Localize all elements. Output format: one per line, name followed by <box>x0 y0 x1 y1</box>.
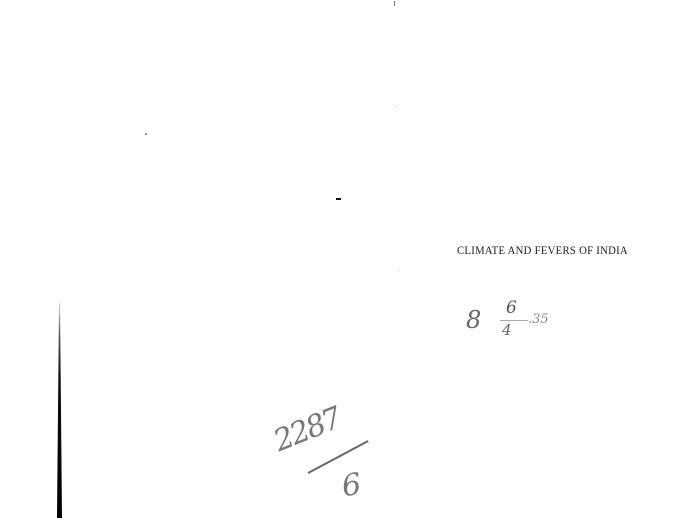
handwritten-accession-mark: 2287 6 <box>280 420 380 515</box>
scan-artifact <box>394 1 395 6</box>
scan-artifact <box>336 198 341 200</box>
binding-edge-line <box>57 303 62 518</box>
shelf-mark-fraction-top: 6 <box>506 298 517 318</box>
scan-artifact <box>145 133 147 135</box>
shelf-mark-suffix: .35 <box>528 312 549 327</box>
scan-artifact <box>396 106 397 107</box>
book-title: CLIMATE AND FEVERS OF INDIA <box>457 245 628 257</box>
scan-artifact <box>398 270 399 271</box>
shelf-mark-fraction-bottom: 4 <box>502 321 512 339</box>
shelf-mark-prefix: 8 <box>466 306 481 334</box>
fraction-line <box>308 440 369 473</box>
accession-denominator: 6 <box>340 467 364 504</box>
accession-number: 2287 <box>269 401 345 459</box>
scanned-page: CLIMATE AND FEVERS OF INDIA 8 6 4 .35 22… <box>0 0 700 518</box>
